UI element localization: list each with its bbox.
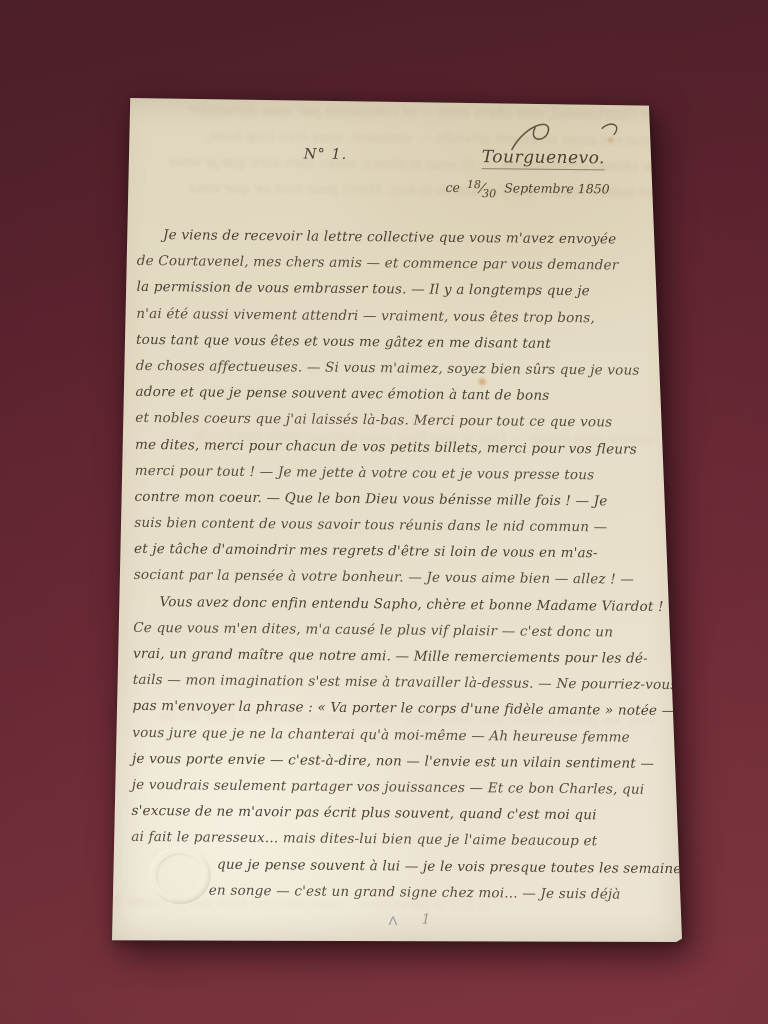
photograph-of-letter: { "scene": { "background_top_color": "#4… [0, 0, 768, 1024]
date-line: ce 18⁄30 Septembre 1850 [445, 180, 609, 198]
manuscript-line: suis bien content de vous savoir tous ré… [134, 510, 664, 541]
manuscript-line: de choses affectueuses. — Si vous m'aime… [136, 353, 666, 384]
letter-number-label: N° 1. [304, 146, 348, 162]
foxing-spot [476, 377, 489, 386]
date-month-year: Septembre 1850 [504, 180, 610, 196]
letter-sheet: de Courtavenel, mes chers amis — et comm… [112, 98, 682, 942]
pencil-numeral-mark: 1 [421, 912, 430, 928]
embossed-stamp-ring [156, 853, 204, 897]
manuscript-line: je voudrais seulement partager vos jouis… [132, 772, 662, 803]
manuscript-line: n'ai été aussi vivement attendri — vraim… [136, 300, 666, 331]
place-name: Tourguenevo. [482, 147, 605, 170]
manuscript-content: de Courtavenel, mes chers amis — et comm… [104, 98, 682, 947]
manuscript-line: vous jure que je ne la chanterai qu'à mo… [132, 719, 662, 750]
letter-sheet-wrapper: de Courtavenel, mes chers amis — et comm… [112, 98, 682, 942]
manuscript-line: ai fait le paresseux... mais dites-lui b… [131, 824, 661, 855]
pencil-caret-mark: Λ [388, 915, 397, 929]
manuscript-line: Ce que vous m'en dites, m'a causé le plu… [133, 615, 663, 646]
foxing-spot [606, 136, 615, 143]
manuscript-line: et nobles coeurs que j'ai laissés là-bas… [135, 405, 665, 436]
date-prefix: ce [445, 180, 460, 195]
letter-body: Je viens de recevoir la lettre collectiv… [131, 222, 668, 908]
date-day-julian: 18 [467, 178, 481, 191]
manuscript-line: tails — mon imagination s'est mise à tra… [133, 667, 663, 698]
date-day-gregorian: 30 [482, 187, 496, 200]
embossed-stamp [149, 846, 212, 905]
manuscript-line: sociant par la pensée à votre bonheur. —… [134, 562, 664, 593]
manuscript-line: de Courtavenel, mes chers amis — et comm… [137, 248, 667, 279]
manuscript-line: merci pour tout ! — Je me jette à votre … [135, 458, 665, 489]
dual-calendar-date: 18⁄30 [467, 180, 497, 196]
